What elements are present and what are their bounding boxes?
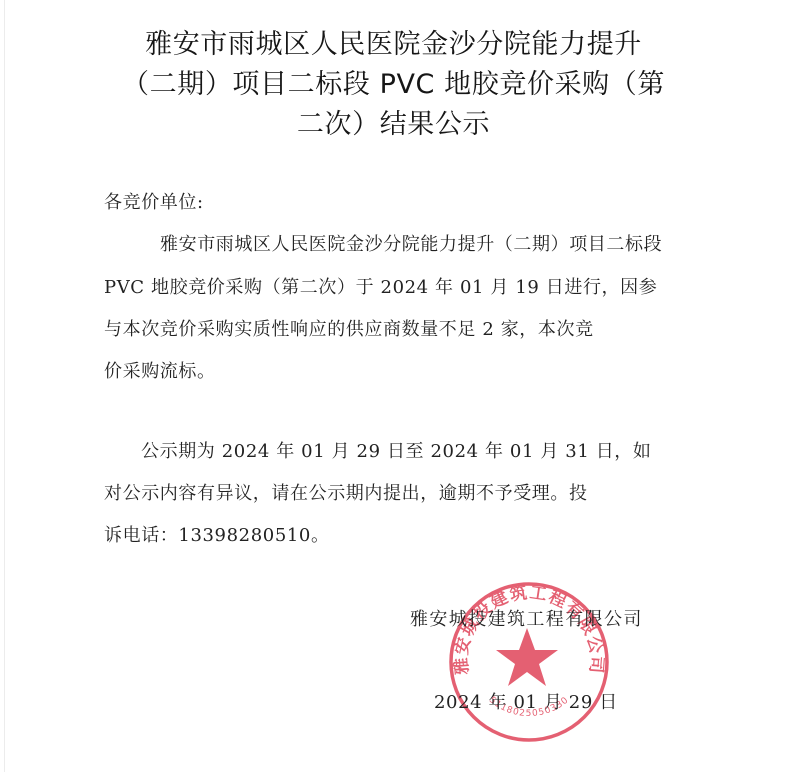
title-line-1: 雅安市雨城区人民医院金沙分院能力提升 [0, 25, 787, 65]
company-seal: 雅安城投建筑工程有限公司 5118025050330 [447, 580, 611, 744]
signature-company: 雅安城投建筑工程有限公司 [410, 608, 643, 632]
seal-graphic: 雅安城投建筑工程有限公司 5118025050330 [447, 580, 611, 744]
paragraph1-line-1: 雅安市雨城区人民医院金沙分院能力提升（二期）项目二标段 [160, 233, 662, 257]
paragraph2-line-3: 诉电话：13398280510。 [104, 524, 330, 548]
paragraph2-line-1: 公示期为 2024 年 01 月 29 日至 2024 年 01 月 31 日，… [141, 440, 652, 464]
paragraph1-line-2: PVC 地胶竞价采购（第二次）于 2024 年 01 月 19 日进行，因参 [104, 276, 657, 300]
title-line-2: （二期）项目二标段 PVC 地胶竞价采购（第 [0, 65, 787, 105]
star-icon [496, 628, 558, 686]
paragraph1-line-4: 价采购流标。 [104, 360, 216, 384]
salutation: 各竞价单位: [104, 191, 204, 215]
paragraph2-line-2: 对公示内容有异议，请在公示期内提出，逾期不予受理。投 [104, 482, 588, 506]
paragraph1-line-3: 与本次竞价采购实质性响应的供应商数量不足 2 家，本次竞 [104, 318, 594, 342]
title-line-3: 二次）结果公示 [0, 105, 787, 145]
signature-date: 2024 年 01 月 29 日 [434, 691, 618, 715]
